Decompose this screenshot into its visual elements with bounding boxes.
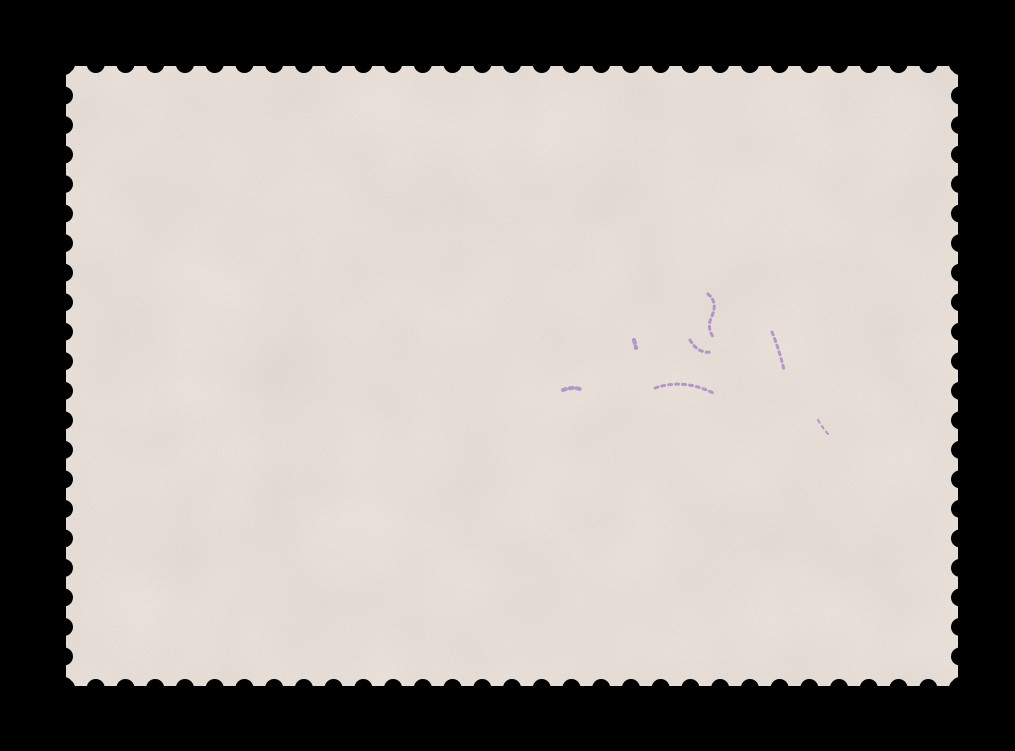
stamp-back-photo xyxy=(0,0,1015,751)
stamp-body xyxy=(60,60,965,695)
